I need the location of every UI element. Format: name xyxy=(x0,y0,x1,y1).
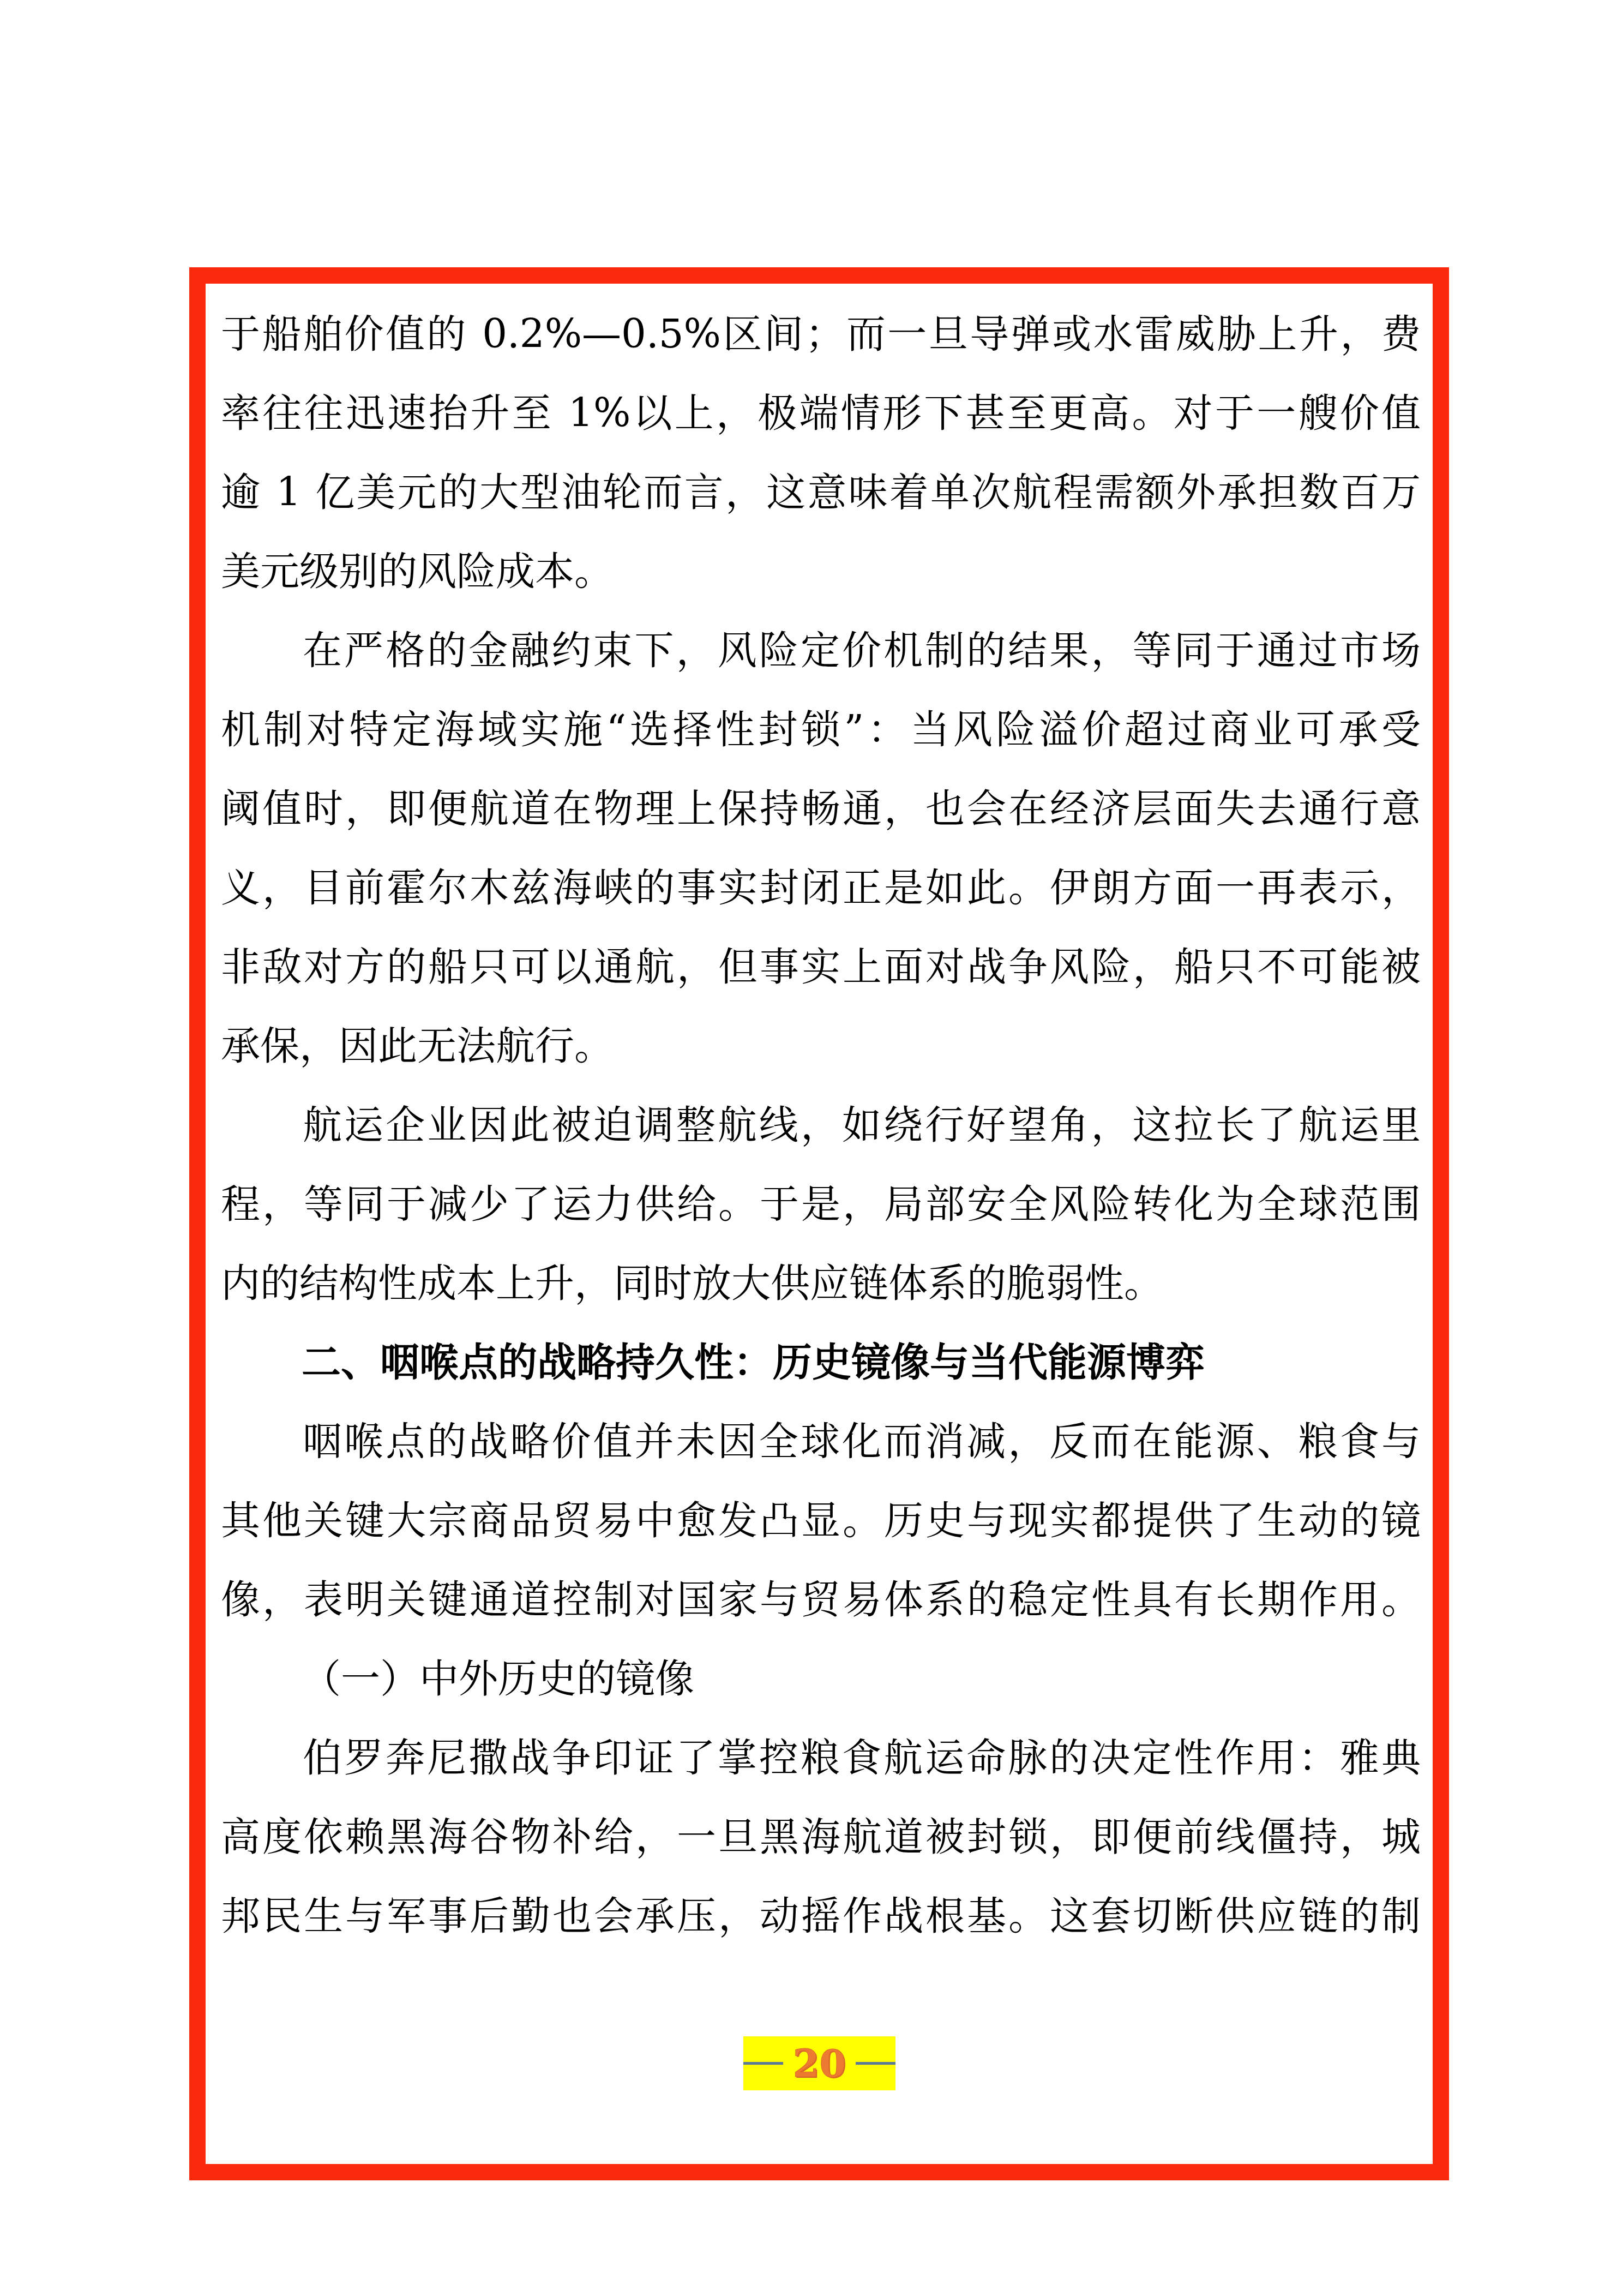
paragraph-2-line-5: 非敌对方的船只可以通航，但事实上面对战争风险，船只不可能被 xyxy=(221,927,1421,1006)
paragraph-1-line-4: 美元级别的风险成本。 xyxy=(221,532,1421,611)
section-heading: 二、咽喉点的战略持久性：历史镜像与当代能源博弈 xyxy=(302,1323,1205,1402)
paragraph-2-line-6: 承保，因此无法航行。 xyxy=(221,1006,1421,1086)
paragraph-3-line-3: 内的结构性成本上升，同时放大供应链体系的脆弱性。 xyxy=(221,1244,1421,1323)
paragraph-3-line-1: 航运企业因此被迫调整航线，如绕行好望角，这拉长了航运里 xyxy=(303,1086,1421,1165)
paragraph-3-line-2: 程，等同于减少了运力供给。于是，局部安全风险转化为全球范围 xyxy=(221,1165,1421,1244)
paragraph-1-line-2: 率往往迅速抬升至 1%以上，极端情形下甚至更高。对于一艘价值 xyxy=(221,374,1421,453)
paragraph-1-line-3: 逾 1 亿美元的大型油轮而言，这意味着单次航程需额外承担数百万 xyxy=(221,453,1421,532)
paragraph-4-line-1: 咽喉点的战略价值并未因全球化而消减，反而在能源、粮食与 xyxy=(303,1402,1421,1481)
page-number-right-dash xyxy=(856,2062,895,2065)
paragraph-5-line-3: 邦民生与军事后勤也会承压，动摇作战根基。这套切断供应链的制 xyxy=(221,1877,1421,1956)
paragraph-2-line-3: 阈值时，即便航道在物理上保持畅通，也会在经济层面失去通行意 xyxy=(221,769,1421,848)
paragraph-2-line-2: 机制对特定海域实施“选择性封锁”：当风险溢价超过商业可承受 xyxy=(221,690,1421,769)
paragraph-4-line-2: 其他关键大宗商品贸易中愈发凸显。历史与现实都提供了生动的镜 xyxy=(221,1481,1421,1560)
paragraph-2-line-4: 义，目前霍尔木兹海峡的事实封闭正是如此。伊朗方面一再表示， xyxy=(221,848,1421,927)
page-number-badge: 20 xyxy=(743,2036,895,2090)
page-number: 20 xyxy=(793,2036,846,2090)
paragraph-4-line-3: 像，表明关键通道控制对国家与贸易体系的稳定性具有长期作用。 xyxy=(221,1560,1421,1639)
paragraph-5-line-1: 伯罗奔尼撒战争印证了掌控粮食航运命脉的决定性作用：雅典 xyxy=(303,1718,1421,1797)
paragraph-2-line-1: 在严格的金融约束下，风险定价机制的结果，等同于通过市场 xyxy=(303,611,1421,690)
page-number-left-dash xyxy=(743,2062,783,2065)
paragraph-1-line-1: 于船舶价值的 0.2%—0.5%区间；而一旦导弹或水雷威胁上升，费 xyxy=(221,295,1421,374)
paragraph-5-line-2: 高度依赖黑海谷物补给，一旦黑海航道被封锁，即便前线僵持，城 xyxy=(221,1797,1421,1877)
subsection-heading: （一）中外历史的镜像 xyxy=(302,1639,694,1718)
